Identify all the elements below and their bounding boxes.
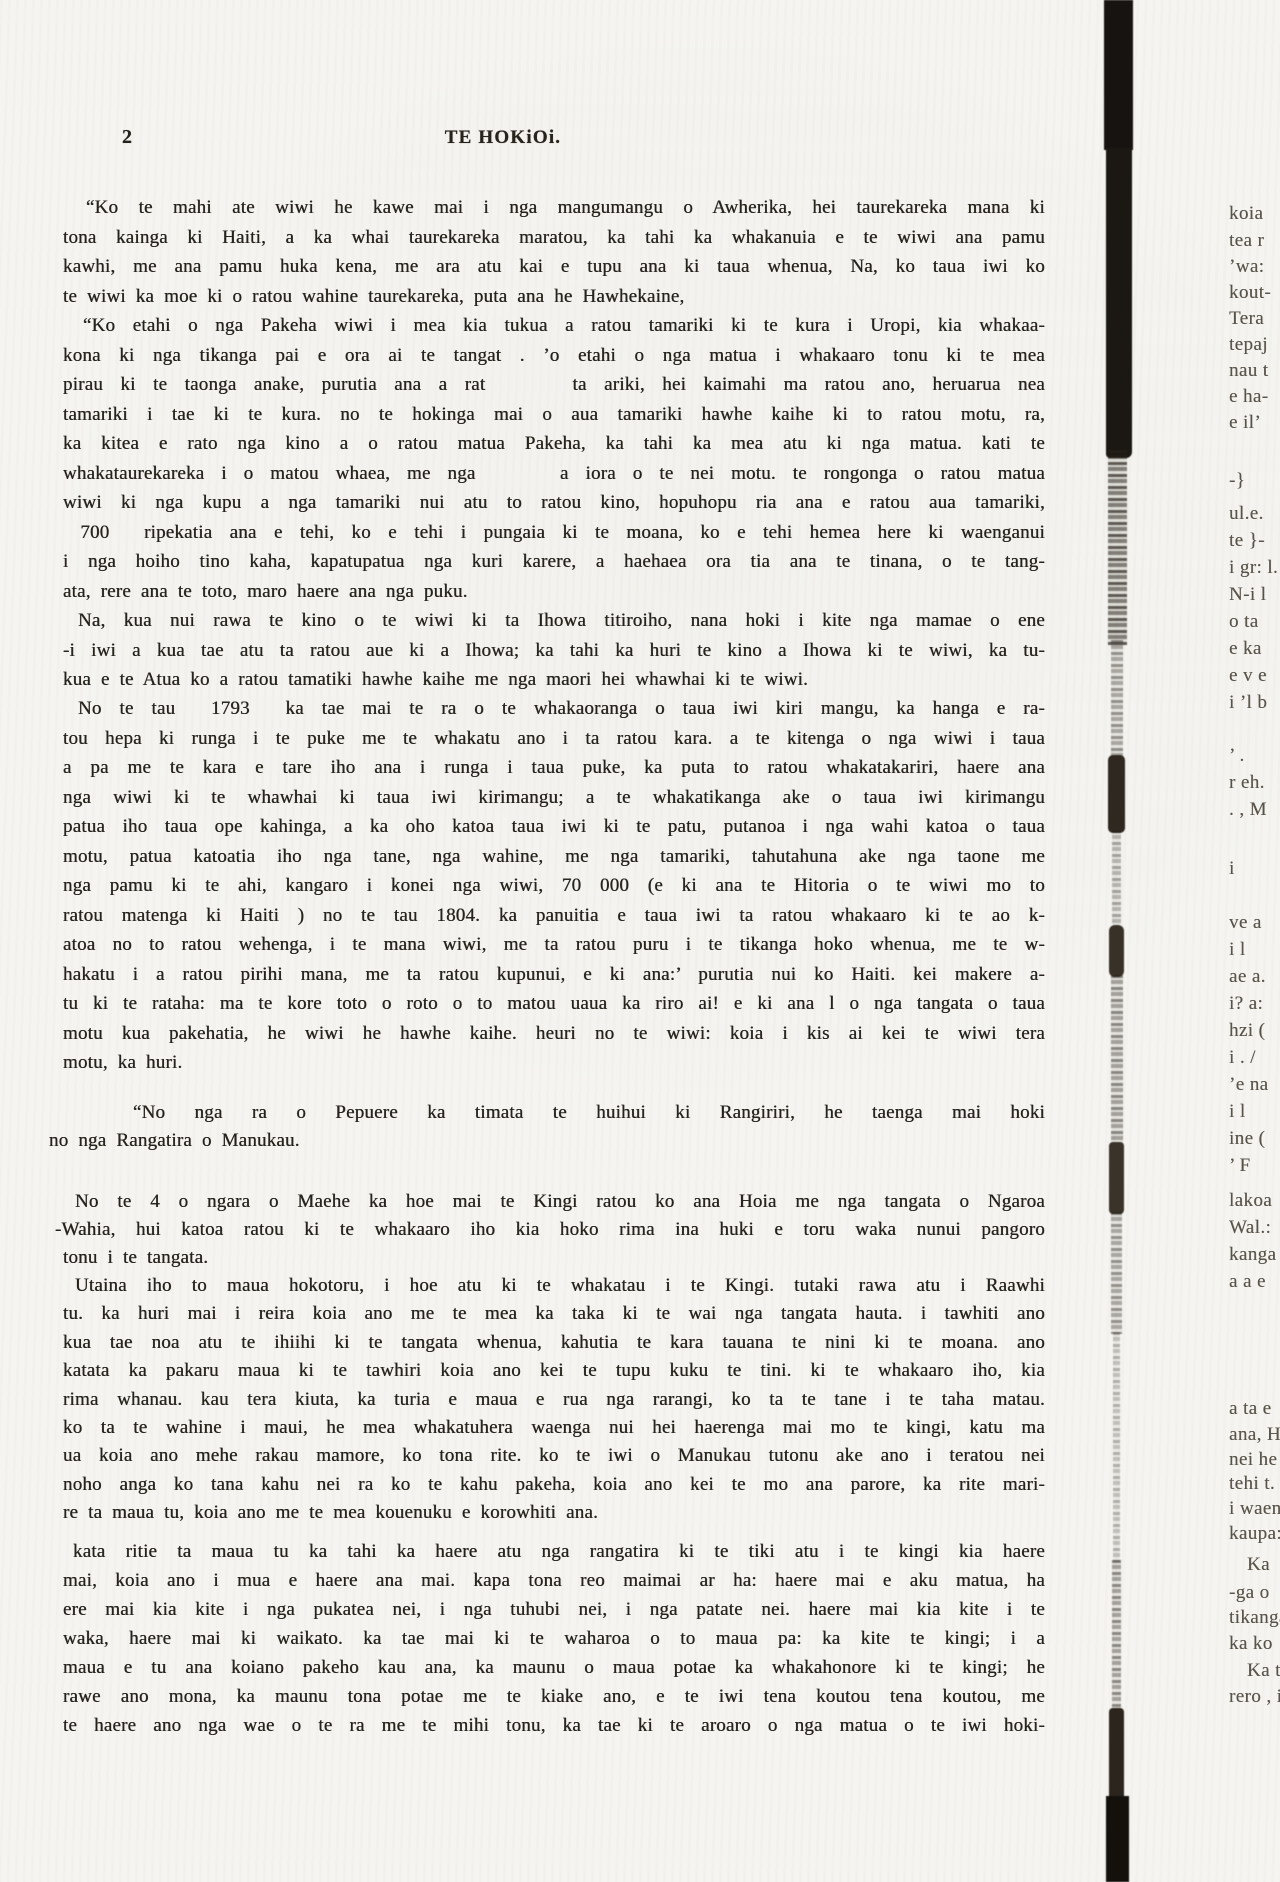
gutter-shadow xyxy=(1098,0,1138,1882)
gutter-segment xyxy=(1113,1332,1120,1562)
text-fragment: i? a: xyxy=(1229,993,1263,1015)
text-fragment: . , M xyxy=(1229,799,1267,821)
text-fragment: nau t xyxy=(1229,360,1268,382)
text-fragment: Ka xyxy=(1247,1554,1270,1576)
text-fragment: r eh. xyxy=(1229,772,1265,794)
gutter-segment xyxy=(1106,1796,1129,1882)
text-fragment: i xyxy=(1229,858,1235,880)
text-fragment: e ka xyxy=(1229,638,1262,660)
text-fragment: Wal.: xyxy=(1229,1217,1271,1239)
text-fragment: o ta xyxy=(1229,611,1259,633)
gutter-segment xyxy=(1111,975,1123,1145)
gutter-segment xyxy=(1109,1708,1124,1800)
text-fragment: i l xyxy=(1229,939,1246,961)
text-fragment: tea r xyxy=(1229,230,1264,252)
text-fragment: kaupa: xyxy=(1229,1523,1280,1545)
text-fragment: ae a. xyxy=(1229,966,1266,988)
text-fragment: N-i l xyxy=(1229,584,1266,606)
text-fragment: kout- xyxy=(1229,282,1271,304)
text-fragment: e v e xyxy=(1229,665,1267,687)
text-fragment: rero , i xyxy=(1229,1686,1280,1708)
text-fragment: i waen xyxy=(1229,1498,1280,1520)
text-fragment: Tera xyxy=(1229,308,1264,330)
gutter-segment xyxy=(1112,1560,1121,1712)
text-fragment: Ka t xyxy=(1247,1660,1280,1682)
text-fragment: ka ko xyxy=(1229,1633,1273,1655)
text-fragment: a ta e xyxy=(1229,1398,1271,1420)
right-column: koiatea r’wa:kout-Teratepajnau te ha-e i… xyxy=(0,0,1280,1882)
text-fragment: ul.e. xyxy=(1229,503,1264,525)
gutter-segment xyxy=(1109,1142,1124,1214)
text-fragment: ana, H xyxy=(1229,1424,1280,1446)
text-fragment: nei he xyxy=(1229,1449,1277,1471)
text-fragment: a a e xyxy=(1229,1271,1266,1293)
text-fragment: ve a xyxy=(1229,912,1262,934)
text-fragment: hzi ( xyxy=(1229,1020,1265,1042)
text-fragment: i . / xyxy=(1229,1047,1256,1069)
text-fragment: i l xyxy=(1229,1101,1246,1123)
text-fragment: te }- xyxy=(1229,530,1265,552)
text-fragment: -} xyxy=(1229,470,1245,492)
text-fragment: ine ( xyxy=(1229,1128,1265,1150)
gutter-segment xyxy=(1108,450,1127,645)
gutter-segment xyxy=(1109,925,1124,977)
text-fragment: lakoa xyxy=(1229,1190,1272,1212)
text-fragment: i gr: l. xyxy=(1229,557,1278,579)
gutter-segment xyxy=(1106,148,1132,458)
text-fragment: -ga o xyxy=(1229,1582,1270,1604)
text-fragment: ’ . xyxy=(1229,745,1245,767)
text-fragment: tepaj xyxy=(1229,334,1268,356)
gutter-segment xyxy=(1108,755,1125,833)
text-fragment: ’ F xyxy=(1229,1155,1250,1177)
text-fragment: e il’ xyxy=(1229,412,1261,434)
text-fragment: ’wa: xyxy=(1229,256,1264,278)
gutter-segment xyxy=(1112,830,1121,928)
gutter-segment xyxy=(1111,1212,1122,1334)
text-fragment: i ’l b xyxy=(1229,692,1267,714)
gutter-segment xyxy=(1111,640,1123,760)
text-fragment: kanga xyxy=(1229,1244,1276,1266)
text-fragment: e ha- xyxy=(1229,386,1268,408)
text-fragment: tikanga xyxy=(1229,1607,1280,1629)
text-fragment: ’e na xyxy=(1229,1074,1268,1096)
text-fragment: koia xyxy=(1229,203,1263,225)
text-fragment: tehi t. xyxy=(1229,1473,1275,1495)
gutter-segment xyxy=(1104,0,1133,150)
